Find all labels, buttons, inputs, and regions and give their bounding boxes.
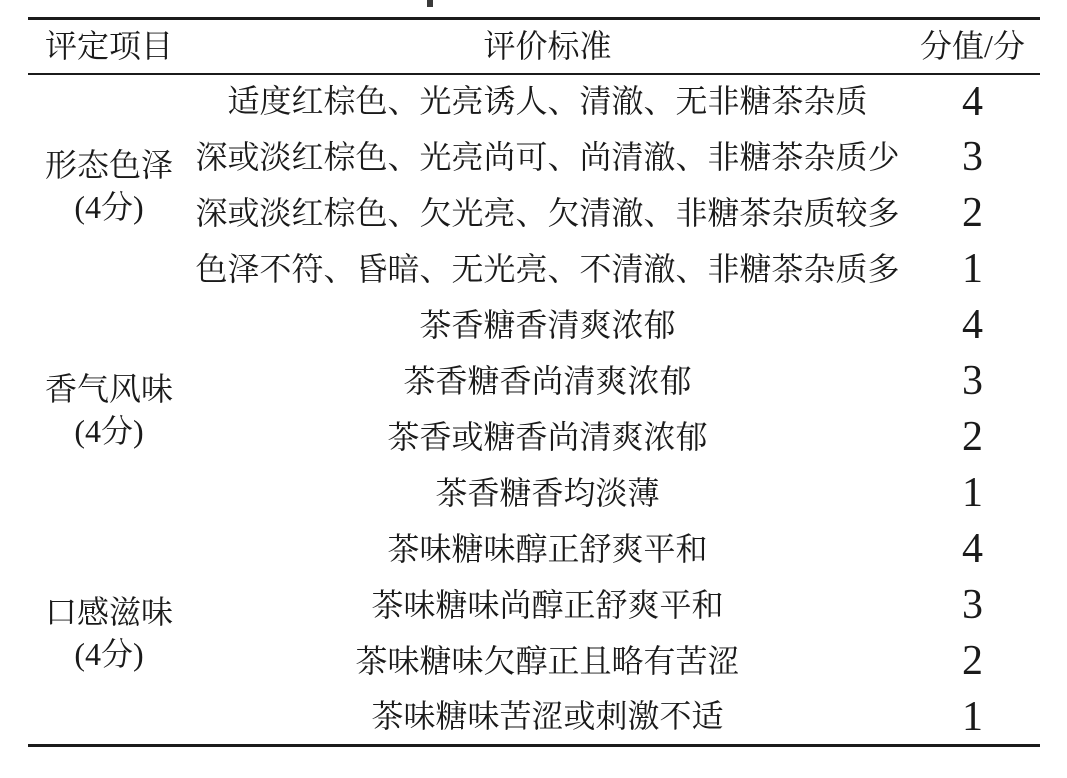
score-cell: 3 <box>905 130 1040 186</box>
score-cell: 3 <box>905 578 1040 634</box>
criteria-cell: 深或淡红棕色、光亮尚可、尚清澈、非糖茶杂质少 <box>190 130 905 186</box>
group-item-label: 口感滋味 <box>28 591 190 633</box>
score-cell: 1 <box>905 466 1040 522</box>
table-row: 口感滋味 (4分) 茶味糖味醇正舒爽平和 4 <box>28 522 1040 578</box>
group-points-label: (4分) <box>28 186 190 228</box>
caption-remnant-mark <box>427 0 433 7</box>
criteria-cell: 茶味糖味欠醇正且略有苦涩 <box>190 634 905 690</box>
score-cell: 1 <box>905 690 1040 746</box>
group-cell-taste: 口感滋味 (4分) <box>28 522 190 746</box>
table-header-row: 评定项目 评价标准 分值/分 <box>28 19 1040 74</box>
criteria-cell: 茶香糖香尚清爽浓郁 <box>190 354 905 410</box>
group-item-label: 香气风味 <box>28 368 190 410</box>
criteria-cell: 茶味糖味醇正舒爽平和 <box>190 522 905 578</box>
criteria-cell: 茶味糖味尚醇正舒爽平和 <box>190 578 905 634</box>
criteria-cell: 茶味糖味苦涩或刺激不适 <box>190 690 905 746</box>
score-cell: 4 <box>905 298 1040 354</box>
group-cell-appearance: 形态色泽 (4分) <box>28 74 190 298</box>
criteria-cell: 茶香或糖香尚清爽浓郁 <box>190 410 905 466</box>
score-cell: 2 <box>905 634 1040 690</box>
table-row: 香气风味 (4分) 茶香糖香清爽浓郁 4 <box>28 298 1040 354</box>
score-cell: 4 <box>905 522 1040 578</box>
column-header-item: 评定项目 <box>28 19 190 74</box>
column-header-criteria: 评价标准 <box>190 19 905 74</box>
score-cell: 4 <box>905 74 1040 130</box>
group-points-label: (4分) <box>28 410 190 452</box>
score-cell: 2 <box>905 186 1040 242</box>
page: 评定项目 评价标准 分值/分 形态色泽 (4分) 适度红棕色、光亮诱人、清澈、无… <box>0 0 1067 778</box>
column-header-score: 分值/分 <box>905 19 1040 74</box>
criteria-cell: 茶香糖香清爽浓郁 <box>190 298 905 354</box>
score-cell: 1 <box>905 242 1040 298</box>
evaluation-criteria-table: 评定项目 评价标准 分值/分 形态色泽 (4分) 适度红棕色、光亮诱人、清澈、无… <box>28 17 1040 747</box>
criteria-cell: 适度红棕色、光亮诱人、清澈、无非糖茶杂质 <box>190 74 905 130</box>
group-item-label: 形态色泽 <box>28 144 190 186</box>
criteria-cell: 色泽不符、昏暗、无光亮、不清澈、非糖茶杂质多 <box>190 242 905 298</box>
criteria-cell: 茶香糖香均淡薄 <box>190 466 905 522</box>
score-cell: 2 <box>905 410 1040 466</box>
group-points-label: (4分) <box>28 633 190 675</box>
table-row: 形态色泽 (4分) 适度红棕色、光亮诱人、清澈、无非糖茶杂质 4 <box>28 74 1040 130</box>
criteria-cell: 深或淡红棕色、欠光亮、欠清澈、非糖茶杂质较多 <box>190 186 905 242</box>
score-cell: 3 <box>905 354 1040 410</box>
group-cell-aroma: 香气风味 (4分) <box>28 298 190 522</box>
